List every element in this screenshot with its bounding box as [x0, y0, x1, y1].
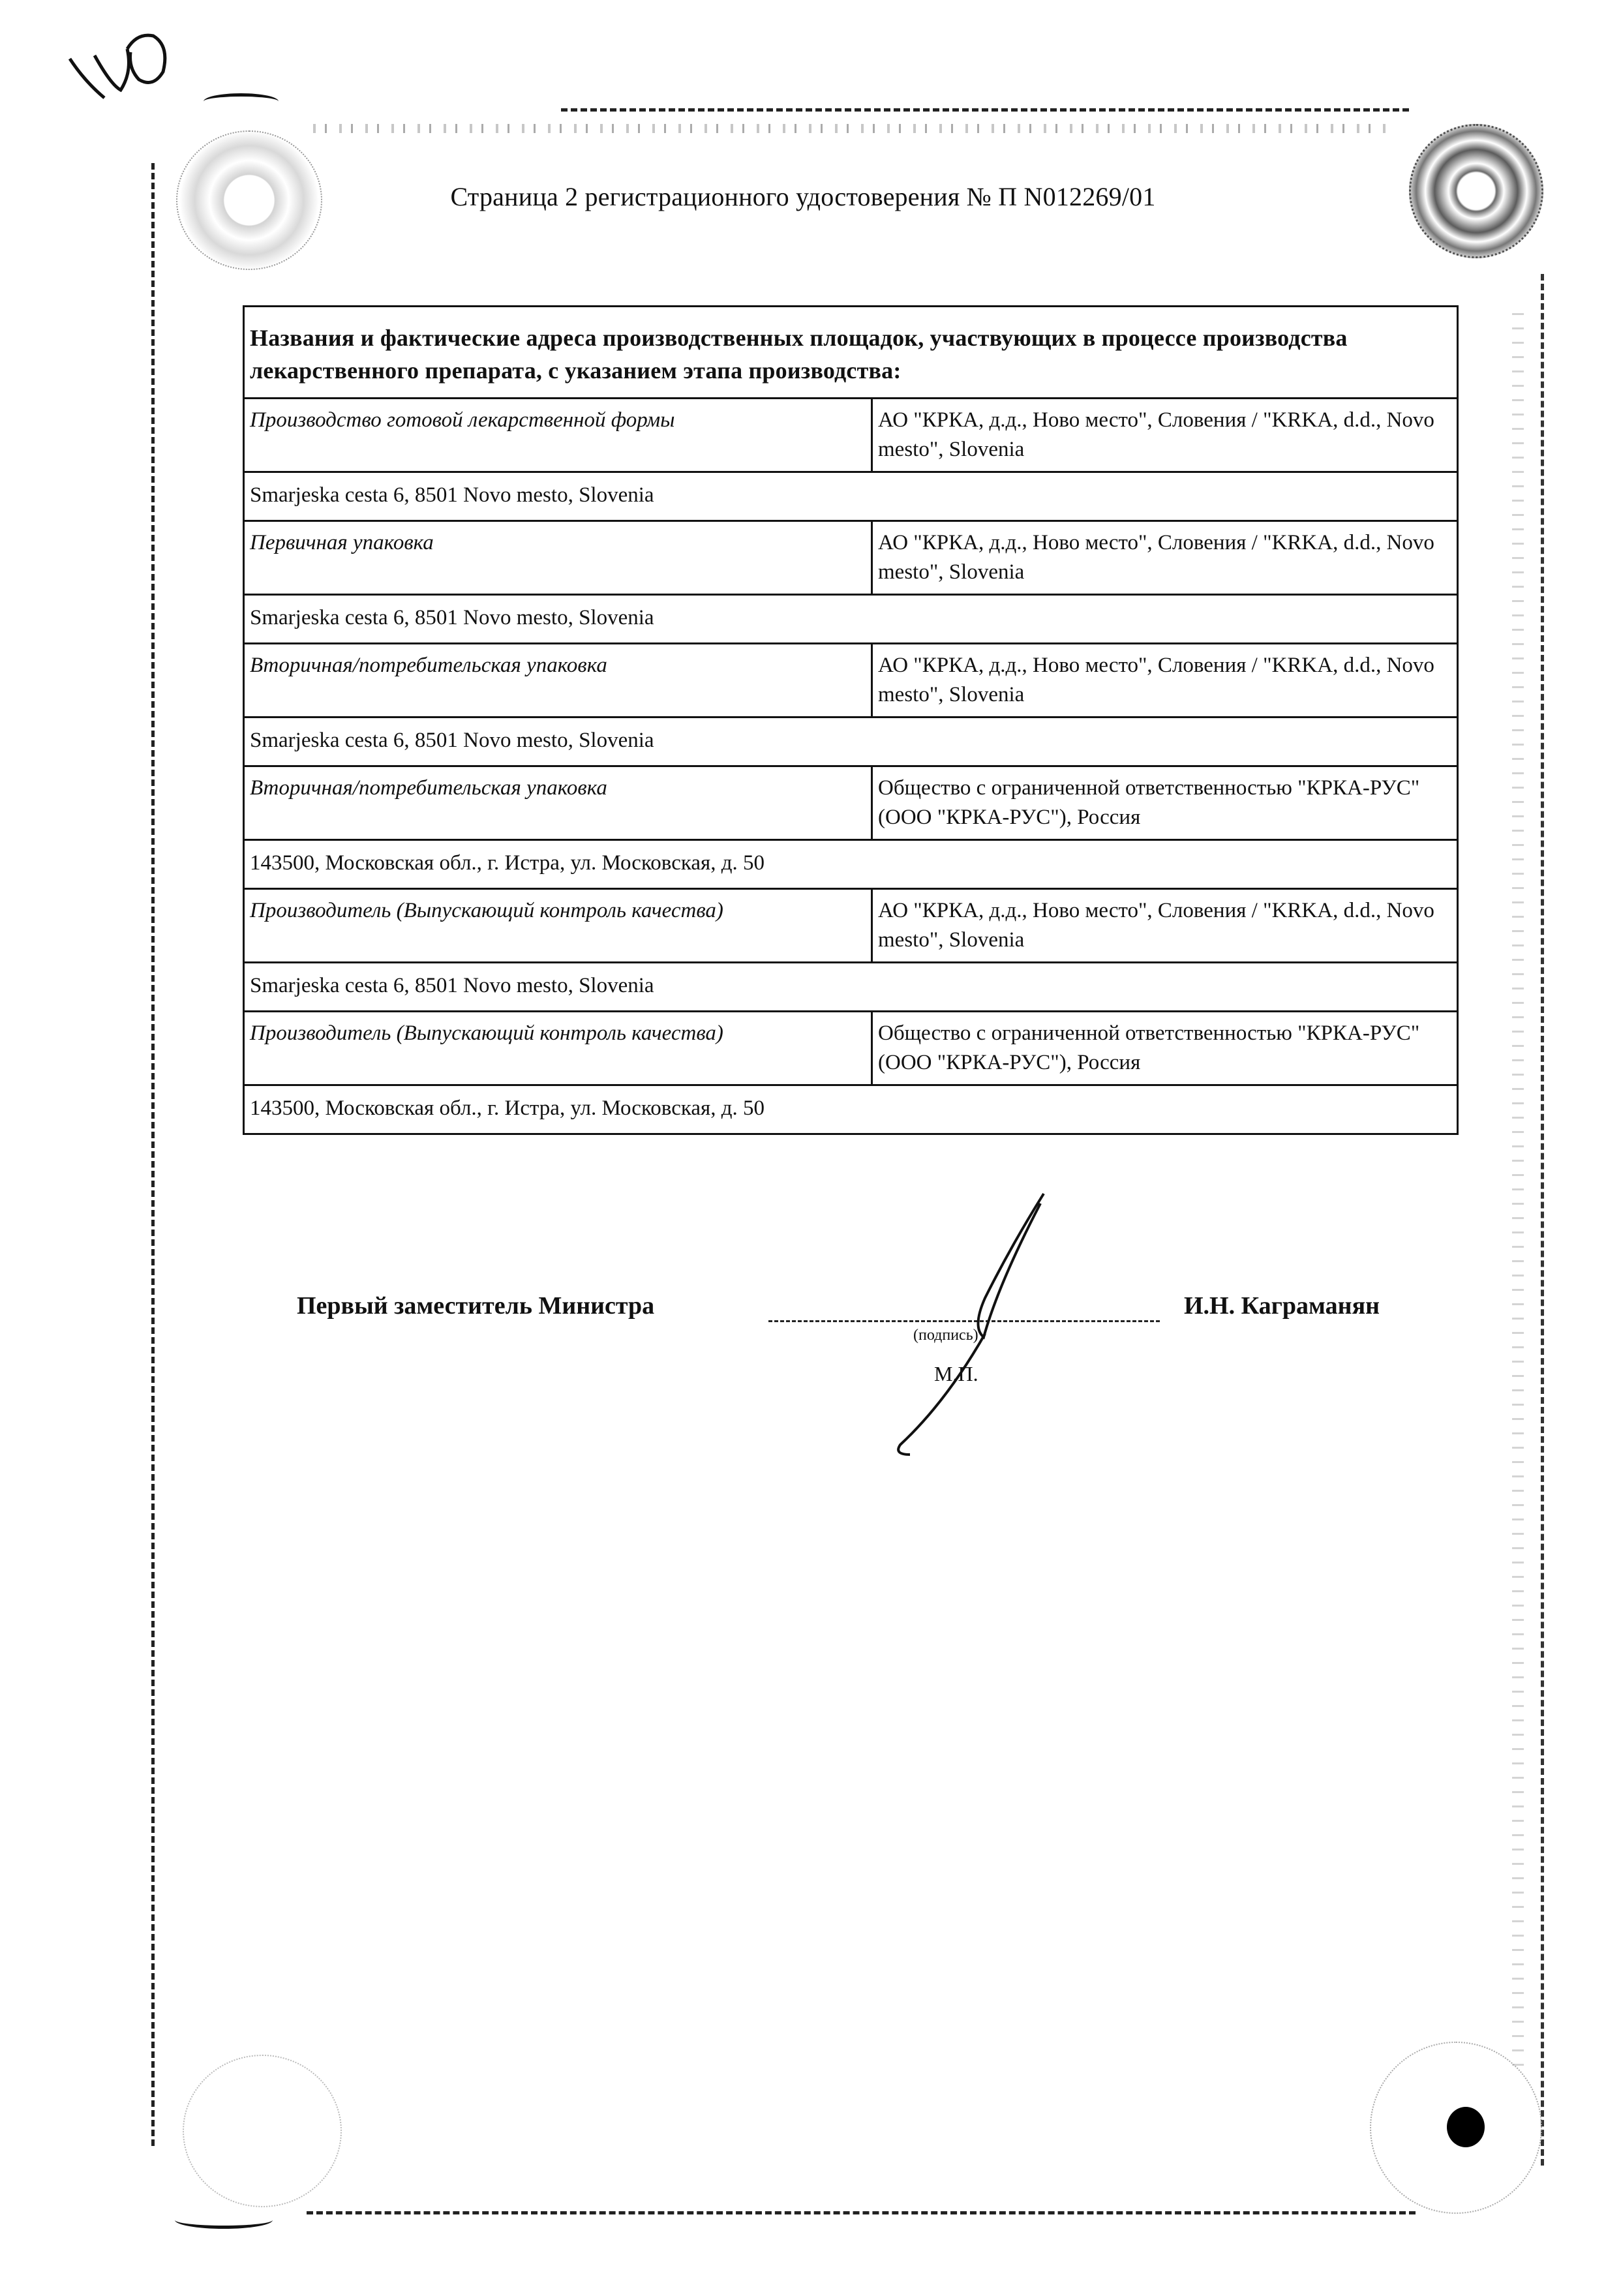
table-row: Smarjeska cesta 6, 8501 Novo mesto, Slov… — [245, 716, 1457, 765]
page-border-top — [561, 108, 1409, 112]
address-cell: 143500, Московская обл., г. Истра, ул. М… — [245, 841, 1457, 888]
corner-ornament-icon — [183, 2055, 342, 2207]
stage-cell: Производитель (Выпускающий контроль каче… — [245, 1012, 871, 1084]
stage-cell: Вторичная/потребительская упаковка — [245, 767, 871, 839]
stage-cell: Производство готовой лекарственной формы — [245, 399, 871, 471]
table-row: Производство готовой лекарственной формы… — [245, 397, 1457, 471]
manufacturer-cell: АО "КРКА, д.д., Ново место", Словения / … — [871, 644, 1457, 716]
signatory-name: И.Н. Каграманян — [1184, 1291, 1380, 1320]
scan-noise-top — [313, 124, 1389, 133]
manufacturer-cell: АО "КРКА, д.д., Ново место", Словения / … — [871, 890, 1457, 961]
table-row: 143500, Московская обл., г. Истра, ул. М… — [245, 839, 1457, 888]
address-cell: Smarjeska cesta 6, 8501 Novo mesto, Slov… — [245, 963, 1457, 1010]
table-row: Производитель (Выпускающий контроль каче… — [245, 888, 1457, 961]
hole-punch-icon — [1447, 2107, 1485, 2147]
table-row: Вторичная/потребительская упаковка Общес… — [245, 765, 1457, 839]
page-border-bottom — [307, 2211, 1416, 2214]
manufacturer-cell: Общество с ограниченной ответственностью… — [871, 767, 1457, 839]
table-row: Производитель (Выпускающий контроль каче… — [245, 1010, 1457, 1084]
page-title: Страница 2 регистрационного удостоверени… — [0, 181, 1606, 212]
border-flourish-icon — [175, 2211, 273, 2229]
table-row: 143500, Московская обл., г. Истра, ул. М… — [245, 1084, 1457, 1133]
manufacturer-cell: Общество с ограниченной ответственностью… — [871, 1012, 1457, 1084]
address-cell: Smarjeska cesta 6, 8501 Novo mesto, Slov… — [245, 473, 1457, 520]
stage-cell: Производитель (Выпускающий контроль каче… — [245, 890, 871, 961]
table-row: Вторичная/потребительская упаковка АО "К… — [245, 642, 1457, 716]
page-border-left — [151, 163, 155, 2146]
manufacturing-sites-table: Названия и фактические адреса производст… — [243, 305, 1459, 1135]
border-flourish-icon — [204, 93, 279, 110]
handwritten-signature-icon — [848, 1187, 1070, 1461]
address-cell: Smarjeska cesta 6, 8501 Novo mesto, Slov… — [245, 718, 1457, 765]
table-header-text: Названия и фактические адреса производст… — [245, 307, 1457, 397]
table-row: Smarjeska cesta 6, 8501 Novo mesto, Slov… — [245, 594, 1457, 642]
address-cell: Smarjeska cesta 6, 8501 Novo mesto, Slov… — [245, 596, 1457, 642]
stage-cell: Первичная упаковка — [245, 522, 871, 594]
manufacturer-cell: АО "КРКА, д.д., Ново место", Словения / … — [871, 399, 1457, 471]
signatory-role: Первый заместитель Министра — [297, 1291, 654, 1320]
table-header: Названия и фактические адреса производст… — [245, 307, 1457, 397]
manufacturer-cell: АО "КРКА, д.д., Ново место", Словения / … — [871, 522, 1457, 594]
table-row: Smarjeska cesta 6, 8501 Novo mesto, Slov… — [245, 471, 1457, 520]
handwritten-page-number: 140 — [55, 20, 179, 104]
scan-noise-right — [1512, 313, 1524, 2074]
table-row: Smarjeska cesta 6, 8501 Novo mesto, Slov… — [245, 961, 1457, 1010]
page-border-right — [1541, 274, 1544, 2166]
address-cell: 143500, Московская обл., г. Истра, ул. М… — [245, 1086, 1457, 1133]
stage-cell: Вторичная/потребительская упаковка — [245, 644, 871, 716]
table-row: Первичная упаковка АО "КРКА, д.д., Ново … — [245, 520, 1457, 594]
